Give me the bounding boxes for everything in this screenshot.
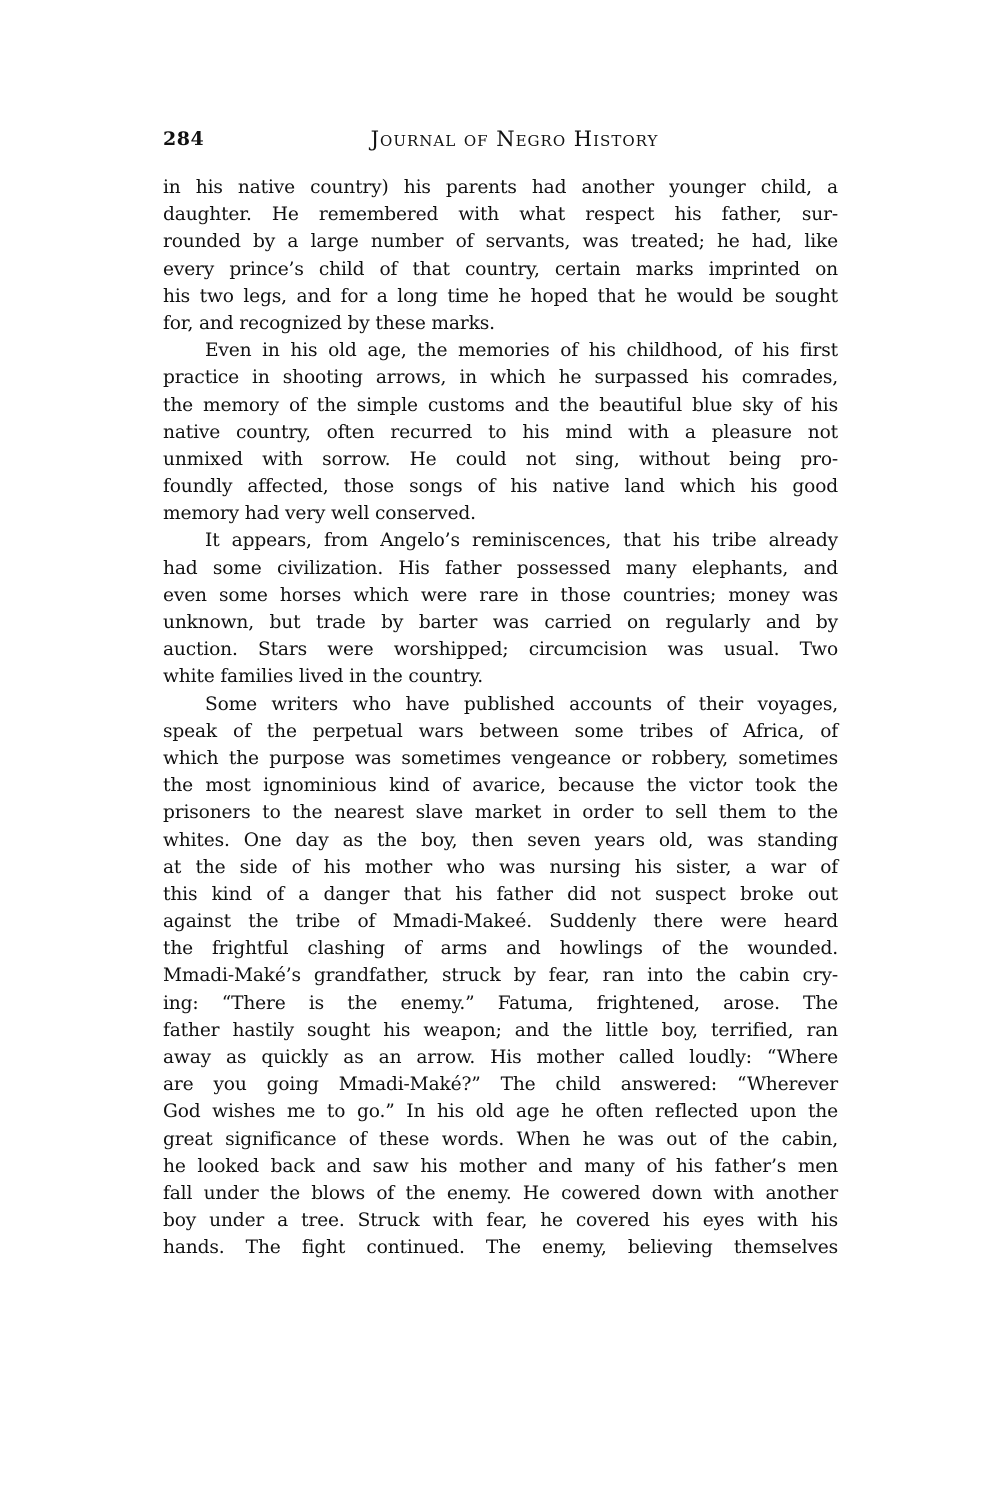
text-line: memory had very well conserved. xyxy=(163,500,838,527)
text-line: which the purpose was sometimes vengeanc… xyxy=(163,745,838,772)
text-line: the frightful clashing of arms and howli… xyxy=(163,935,838,962)
text-line: It appears, from Angelo’s reminiscences,… xyxy=(163,527,838,554)
text-line: practice in shooting arrows, in which he… xyxy=(163,364,838,391)
text-line: foundly affected, those songs of his nat… xyxy=(163,473,838,500)
text-line: unmixed with sorrow. He could not sing, … xyxy=(163,446,838,473)
text-line: away as quickly as an arrow. His mother … xyxy=(163,1044,838,1071)
text-line: for, and recognized by these marks. xyxy=(163,310,838,337)
text-line: prisoners to the nearest slave market in… xyxy=(163,799,838,826)
text-line: this kind of a danger that his father di… xyxy=(163,881,838,908)
text-line: even some horses which were rare in thos… xyxy=(163,582,838,609)
text-line: Even in his old age, the memories of his… xyxy=(163,337,838,364)
text-line: hands. The fight continued. The enemy, b… xyxy=(163,1234,838,1261)
text-line: are you going Mmadi-Maké?” The child ans… xyxy=(163,1071,838,1098)
text-line: the memory of the simple customs and the… xyxy=(163,392,838,419)
text-line: Some writers who have published accounts… xyxy=(163,691,838,718)
text-line: daughter. He remembered with what respec… xyxy=(163,201,838,228)
text-line: father hastily sought his weapon; and th… xyxy=(163,1017,838,1044)
text-line: the most ignominious kind of avarice, be… xyxy=(163,772,838,799)
text-line: at the side of his mother who was nursin… xyxy=(163,854,838,881)
text-line: great significance of these words. When … xyxy=(163,1126,838,1153)
text-line: ing: “There is the enemy.” Fatuma, frigh… xyxy=(163,990,838,1017)
journal-title: Journal of Negro History xyxy=(163,124,838,154)
text-line: unknown, but trade by barter was carried… xyxy=(163,609,838,636)
paragraph: It appears, from Angelo’s reminiscences,… xyxy=(163,527,838,690)
text-line: he looked back and saw his mother and ma… xyxy=(163,1153,838,1180)
text-line: boy under a tree. Struck with fear, he c… xyxy=(163,1207,838,1234)
text-line: Mmadi-Maké’s grandfather, struck by fear… xyxy=(163,962,838,989)
text-line: against the tribe of Mmadi-Makeé. Sudden… xyxy=(163,908,838,935)
text-line: native country, often recurred to his mi… xyxy=(163,419,838,446)
text-line: speak of the perpetual wars between some… xyxy=(163,718,838,745)
text-line: auction. Stars were worshipped; circumci… xyxy=(163,636,838,663)
journal-page: 284 Journal of Negro History in his nati… xyxy=(163,124,838,1262)
body-text: in his native country) his parents had a… xyxy=(163,174,838,1262)
paragraph: Even in his old age, the memories of his… xyxy=(163,337,838,527)
text-line: in his native country) his parents had a… xyxy=(163,174,838,201)
text-line: fall under the blows of the enemy. He co… xyxy=(163,1180,838,1207)
text-line: whites. One day as the boy, then seven y… xyxy=(163,827,838,854)
text-line: every prince’s child of that country, ce… xyxy=(163,256,838,283)
running-head: 284 Journal of Negro History xyxy=(163,124,838,154)
paragraph: Some writers who have published accounts… xyxy=(163,691,838,1262)
text-line: God wishes me to go.” In his old age he … xyxy=(163,1098,838,1125)
text-line: rounded by a large number of servants, w… xyxy=(163,228,838,255)
paragraph: in his native country) his parents had a… xyxy=(163,174,838,337)
text-line: white families lived in the country. xyxy=(163,663,838,690)
text-line: his two legs, and for a long time he hop… xyxy=(163,283,838,310)
text-line: had some civilization. His father posses… xyxy=(163,555,838,582)
